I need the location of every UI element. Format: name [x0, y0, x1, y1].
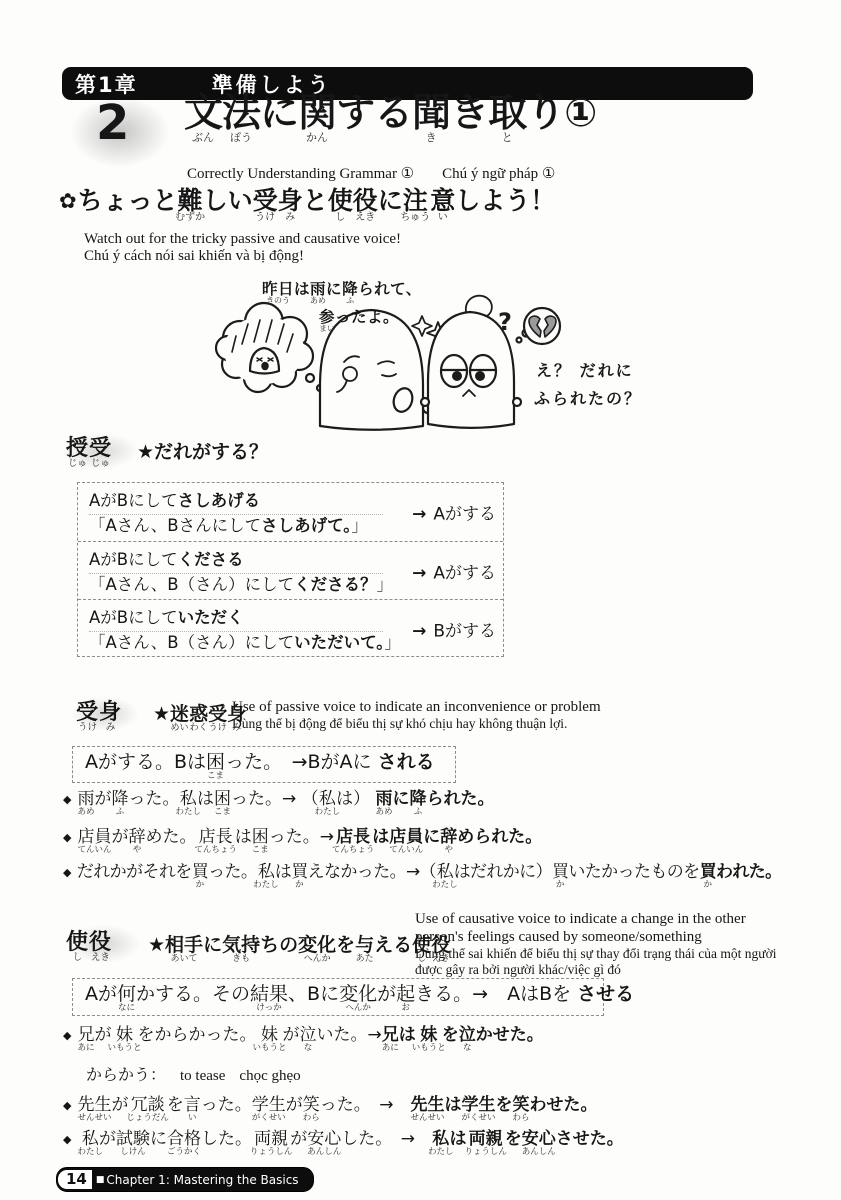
lesson-subtitle-vi: Chú ý ngữ pháp ①: [442, 164, 555, 183]
reply-line-1: え？ だれに: [536, 358, 634, 381]
table-row: AがBにしてさしあげる 「Aさん、Bさんにしてさしあげて。」 →Aがする: [78, 483, 503, 541]
speech-line-2: 参まいったよ。: [319, 305, 399, 332]
sentence-text: 兄あにが妹いもうとをからかった。妹いもうとが泣ないた。→兄あには妹いもうとを泣な…: [77, 1026, 543, 1052]
focus-subtitle-en: Watch out for the tricky passive and cau…: [84, 231, 401, 248]
section-heading-shieki: 使し役えき: [66, 932, 112, 962]
result-text: Bがする: [433, 621, 496, 641]
bullet-icon: ◆: [63, 1100, 71, 1112]
table-row: AがBにしてくださる 「Aさん、B（さん）にしてくださる？」 →Aがする: [78, 541, 503, 599]
vocab-en: to tease: [180, 1068, 225, 1085]
example-sentence: ◆ 店員てんいんが辞やめた。店長てんちょうは困こまった。→店長てんちょうは店員て…: [63, 828, 542, 854]
bullet-icon: ◆: [63, 832, 71, 844]
example-sentence: ◆ 雨あめが降ふった。私わたしは困こまった。→ （私わたしは） 雨あめに降ふられ…: [63, 790, 495, 816]
example-sentence: ◆ 兄あにが妹いもうとをからかった。妹いもうとが泣ないた。→兄あには妹いもうとを…: [63, 1026, 544, 1052]
result-text: Aがする: [433, 505, 496, 525]
page-number: 14: [58, 1170, 92, 1189]
sentence-text: 私わたしが試験しけんに合格ごうかくした。両親りょうしんが安心あんしんした。 → …: [77, 1130, 623, 1156]
formula-box-causative: Aが何なにかする。その結果けっか、Bに変化へんかが起おきる。→ AはBを させる: [72, 978, 604, 1016]
bullet-icon: ◆: [63, 794, 71, 806]
dotted-divider: [89, 631, 383, 632]
lesson-subtitles: Correctly Understanding Grammar ① Chú ý …: [187, 164, 555, 183]
question-mark: ?: [498, 308, 512, 336]
note-vi: Dùng thể sai khiến để biểu thị sự thay đ…: [415, 946, 793, 978]
dotted-divider: [89, 573, 383, 574]
note-en: Use of causative voice to indicate a cha…: [415, 910, 793, 946]
sentence-text: だれかがそれを買かった。私わたしは買かえなかった。→（私わたしはだれかに）買かい…: [77, 863, 782, 889]
speech-line-1: 昨日きのうは雨あめに降ふられて、: [262, 277, 422, 304]
example-sentence: ◆ だれかがそれを買かった。私わたしは買かえなかった。→（私わたしはだれかに）買…: [63, 863, 782, 889]
bullet-icon: ◆: [63, 1030, 71, 1042]
sentence-text: 店員てんいんが辞やめた。店長てんちょうは困こまった。→店長てんちょうは店員てんい…: [77, 828, 542, 854]
bullet-icon: ◆: [63, 867, 71, 879]
focus-subtitle-vi: Chú ý cách nói sai khiến và bị động!: [84, 248, 304, 265]
footer-marker-icon: ■: [96, 1175, 105, 1185]
lesson-title: 文ぶん法ぽうに関かんする聞きき取とり①: [184, 94, 596, 143]
section-note: Use of passive voice to indicate an inco…: [232, 698, 792, 732]
dotted-divider: [89, 514, 383, 515]
reply-line-2: ふられたの？: [534, 386, 642, 409]
note-vi: Dùng thể bị động để biểu thị sự khó chịu…: [232, 716, 792, 732]
example-sentence: ◆ 私わたしが試験しけんに合格ごうかくした。両親りょうしんが安心あんしんした。 …: [63, 1130, 624, 1156]
section-heading-juju: 授じゅ受じゅ: [66, 438, 112, 468]
lesson-subtitle-en: Correctly Understanding Grammar ①: [187, 164, 414, 183]
grammar-table: AがBにしてさしあげる 「Aさん、Bさんにしてさしあげて。」 →Aがする AがB…: [77, 482, 504, 657]
textbook-page: 第1章 準備しよう 2 文ぶん法ぽうに関かんする聞きき取とり① Correctl…: [0, 0, 841, 1200]
result-cell: →Aがする: [412, 558, 496, 583]
result-text: Aがする: [433, 563, 496, 583]
section-star-juju: ★だれがする？: [137, 443, 268, 462]
formula-box-passive: Aがする。Bは困こまった。 →BがAに される: [72, 746, 456, 783]
sentence-text: 雨あめが降ふった。私わたしは困こまった。→ （私わたしは） 雨あめに降ふられた。: [77, 790, 494, 816]
section-note: Use of causative voice to indicate a cha…: [415, 910, 793, 978]
footer-chapter-label: ■ Chapter 1: Mastering the Basics: [96, 1173, 299, 1187]
table-row: AがBにしていただく 「Aさん、B（さん）にしていただいて。」 →Bがする: [78, 599, 503, 657]
section-heading-ukemi: 受うけ身み: [76, 702, 122, 732]
page-footer: 14 ■ Chapter 1: Mastering the Basics: [56, 1167, 314, 1192]
chapter-number: 第1章: [75, 69, 138, 99]
section-star-shieki: ★相手あいてに気持きもちの変化へんかを与あたえる使し役えき: [148, 936, 450, 963]
arrow-icon: →: [412, 563, 426, 583]
result-cell: →Bがする: [412, 616, 496, 641]
bullet-icon: ◆: [63, 1134, 71, 1146]
focus-heading-text: ちょっと難むずかしい受うけ身みと使し役えきに注ちゅう意いしよう！: [78, 187, 556, 222]
lesson-number: 2: [96, 99, 129, 147]
example-sentence: ◆ 先生せんせいが冗談じょうだんを言いった。学生がくせいが笑わらった。 → 先生…: [63, 1096, 598, 1122]
arrow-icon: →: [412, 621, 426, 641]
flower-icon: ✿: [59, 190, 77, 213]
footer-chapter-text: Chapter 1: Mastering the Basics: [106, 1173, 298, 1187]
vocab-word: からかう：: [86, 1062, 166, 1085]
note-en: Use of passive voice to indicate an inco…: [232, 698, 792, 716]
vocab-vi: chọc ghẹo: [239, 1068, 300, 1085]
arrow-icon: →: [412, 505, 426, 525]
vocab-note: からかう： to tease chọc ghẹo: [86, 1062, 301, 1085]
rain-thought-bubble: [216, 303, 323, 392]
result-cell: →Aがする: [412, 500, 496, 525]
sentence-text: 先生せんせいが冗談じょうだんを言いった。学生がくせいが笑わらった。 → 先生せん…: [77, 1096, 597, 1122]
focus-heading: ✿ ちょっと難むずかしい受うけ身みと使し役えきに注ちゅう意いしよう！: [59, 187, 555, 222]
cartoon-illustration: ? 昨日きのうは雨あめに降ふられて、 参まいったよ。 え？ だれに ふられたの？: [198, 274, 668, 436]
